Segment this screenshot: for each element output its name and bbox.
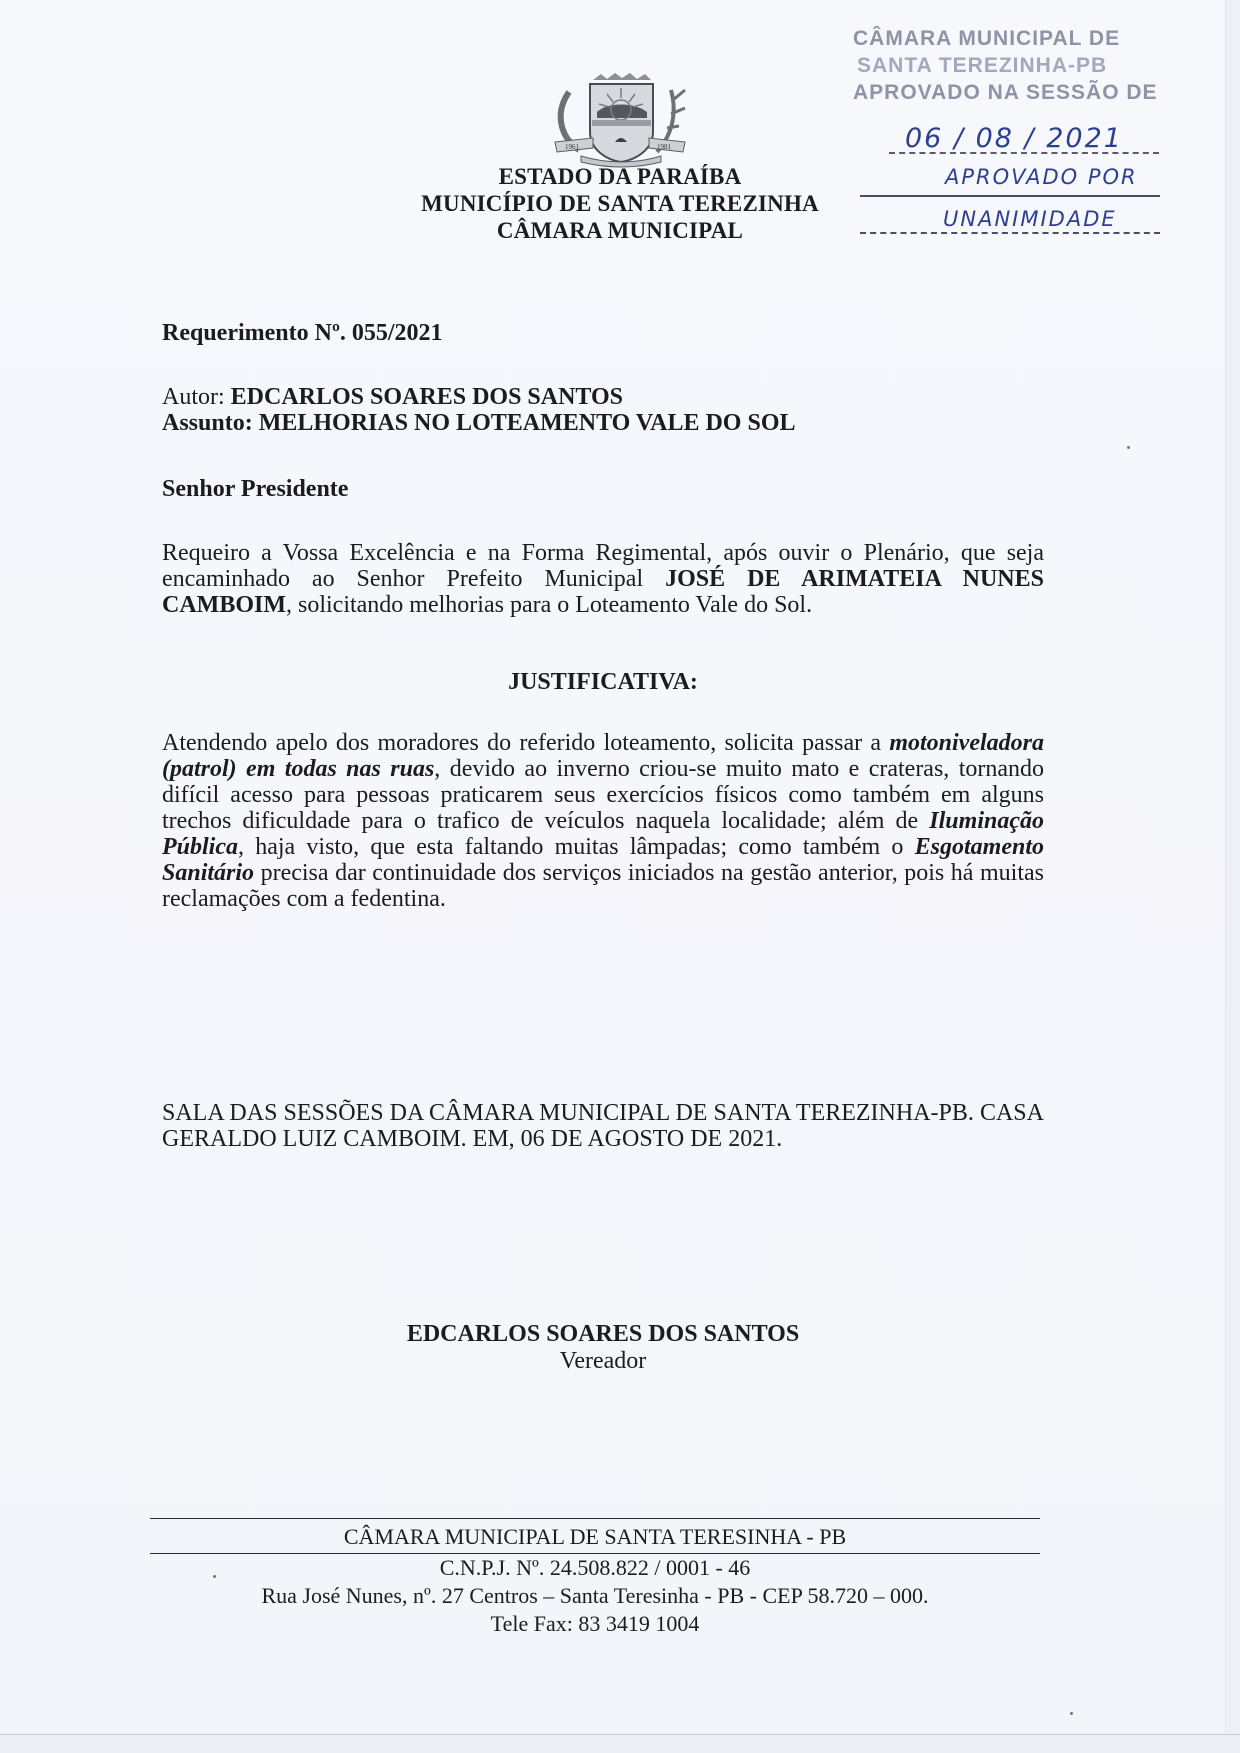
- stamp-handwritten-note-2: UNANIMIDADE: [943, 207, 1117, 231]
- footer-org: CÂMARA MUNICIPAL DE SANTA TERESINHA - PB: [150, 1519, 1040, 1553]
- signer-role: Vereador: [162, 1348, 1044, 1375]
- crest-year-right: 1981: [657, 143, 672, 151]
- stamp-line-2: SANTA TEREZINHA-PB: [857, 52, 1215, 79]
- justification-text: precisa dar continuidade dos serviços in…: [162, 860, 1044, 912]
- justification-text: , haja visto, que esta faltando muitas l…: [238, 834, 915, 860]
- author-label: Autor:: [162, 384, 231, 410]
- closing-location-date: SALA DAS SESSÕES DA CÂMARA MUNICIPAL DE …: [162, 1100, 1044, 1152]
- scan-speck: [1070, 1712, 1073, 1715]
- footer-cnpj: C.N.P.J. Nº. 24.508.822 / 0001 - 46: [150, 1554, 1040, 1582]
- greeting: Senhor Presidente: [162, 476, 1044, 502]
- request-paragraph: Requeiro a Vossa Excelência e na Forma R…: [162, 540, 1044, 618]
- subject-line: Assunto: MELHORIAS NO LOTEAMENTO VALE DO…: [162, 410, 1044, 436]
- scanned-page: 1961 1981 ESTADO DA PARAÍBA MUNICÍPIO DE…: [0, 0, 1240, 1753]
- scan-edge: [0, 1734, 1240, 1753]
- crest-year-left: 1961: [565, 143, 580, 151]
- justification-paragraph: Atendendo apelo dos moradores do referid…: [162, 730, 1044, 912]
- scan-speck: [213, 1575, 216, 1578]
- justification-text: Atendendo apelo dos moradores do referid…: [162, 730, 889, 756]
- stamp-line-3: APROVADO NA SESSÃO DE: [853, 79, 1215, 106]
- approval-stamp: CÂMARA MUNICIPAL DE SANTA TEREZINHA-PB A…: [845, 25, 1215, 106]
- footer: CÂMARA MUNICIPAL DE SANTA TERESINHA - PB…: [150, 1518, 1040, 1638]
- author-name: EDCARLOS SOARES DOS SANTOS: [231, 384, 623, 410]
- signer-name: EDCARLOS SOARES DOS SANTOS: [162, 1321, 1044, 1348]
- stamp-note-rule: [860, 195, 1160, 197]
- subject-text: MELHORIAS NO LOTEAMENTO VALE DO SOL: [259, 410, 796, 436]
- footer-address: Rua José Nunes, nº. 27 Centros – Santa T…: [150, 1582, 1040, 1610]
- stamp-note-rule: [860, 232, 1160, 234]
- letterhead: ESTADO DA PARAÍBA MUNICÍPIO DE SANTA TER…: [380, 163, 860, 244]
- justification-title: JUSTIFICATIVA:: [162, 669, 1044, 696]
- stamp-line-1: CÂMARA MUNICIPAL DE: [853, 25, 1215, 52]
- subject-label: Assunto:: [162, 410, 259, 436]
- scan-speck: [1127, 446, 1130, 449]
- header-municipality: MUNICÍPIO DE SANTA TEREZINHA: [380, 190, 860, 217]
- coat-of-arms-icon: 1961 1981: [535, 72, 705, 168]
- request-number: Requerimento Nº. 055/2021: [162, 320, 1044, 346]
- header-state: ESTADO DA PARAÍBA: [380, 163, 860, 190]
- request-text: , solicitando melhorias para o Loteament…: [286, 592, 812, 618]
- signature-block: EDCARLOS SOARES DOS SANTOS Vereador: [162, 1321, 1044, 1375]
- stamp-handwritten-date: 06 / 08 / 2021: [905, 123, 1123, 154]
- footer-phone: Tele Fax: 83 3419 1004: [150, 1610, 1040, 1638]
- header-chamber: CÂMARA MUNICIPAL: [380, 217, 860, 244]
- author-line: Autor: EDCARLOS SOARES DOS SANTOS: [162, 384, 1044, 410]
- stamp-handwritten-note-1: APROVADO POR: [945, 165, 1138, 189]
- scan-edge: [1225, 0, 1240, 1753]
